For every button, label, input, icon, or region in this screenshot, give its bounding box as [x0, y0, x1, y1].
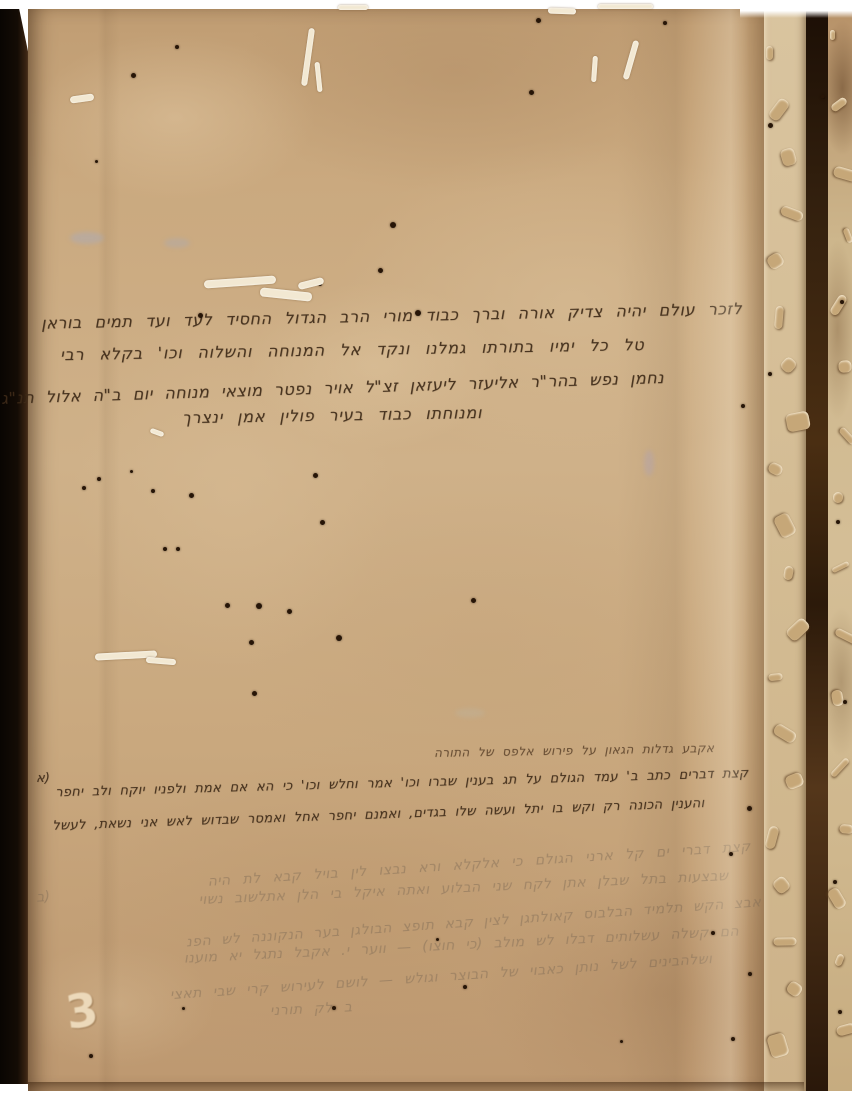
- wormhole: [287, 609, 292, 614]
- manuscript-line: קצת דברים כתב ב' עמד הגולם על תג בענין ש…: [55, 767, 749, 799]
- paper-smudge: [70, 232, 104, 244]
- manuscript-page: לזכר עולם יהיה צדיק אורה וברך כבוד מורי …: [28, 9, 764, 1091]
- manuscript-line: טל כל ימיו בתורתו גמלנו ונקד אל המנוחה ו…: [60, 337, 645, 363]
- wormhole: [82, 486, 86, 490]
- wormhole: [97, 477, 101, 481]
- wormhole: [768, 372, 772, 376]
- wormhole: [838, 1010, 842, 1014]
- marginal-mark: א): [36, 771, 50, 786]
- manuscript-line: והענין הכונה רק וקש בו יתל ועשה שלו בגדי…: [52, 797, 704, 833]
- wormhole: [471, 598, 476, 603]
- wormhole: [741, 404, 745, 408]
- wormhole: [131, 73, 136, 78]
- wormhole: [729, 852, 733, 856]
- wormhole: [95, 160, 98, 163]
- binding-hinge-strip: [764, 9, 806, 1091]
- wormhole: [332, 1006, 336, 1010]
- wormhole: [747, 806, 752, 811]
- scanner-frame-bottom: [0, 1091, 852, 1100]
- wormhole: [436, 938, 439, 941]
- wormhole: [225, 603, 230, 608]
- manuscript-line: ומנוחתו כבוד בעיר פולין אמן ינצרך: [182, 405, 482, 426]
- wormhole: [198, 313, 203, 318]
- scanned-page: לזכר עולם יהיה צדיק אורה וברך כבוד מורי …: [0, 0, 852, 1100]
- worm-trail: [839, 824, 852, 834]
- wormhole: [620, 1040, 623, 1043]
- scanner-frame-top-right: [740, 0, 852, 18]
- note-heading-line: אקבע גדלות הגאון על פירוש אלפס של התורה: [434, 742, 714, 759]
- wormhole: [390, 222, 396, 228]
- wormhole: [768, 123, 773, 128]
- wormhole: [378, 268, 383, 273]
- wormhole: [463, 985, 467, 989]
- wormhole: [189, 493, 194, 498]
- wormhole: [821, 95, 825, 99]
- wormhole: [252, 691, 257, 696]
- scanner-frame-top: [0, 0, 852, 9]
- wormhole: [313, 473, 318, 478]
- wormhole: [840, 300, 844, 304]
- wormhole: [833, 880, 837, 884]
- paper-smudge: [455, 708, 485, 718]
- wormhole: [175, 45, 179, 49]
- wormhole: [415, 310, 421, 316]
- manuscript-line: לזכר עולם יהיה צדיק אורה וברך כבוד מורי …: [41, 301, 742, 332]
- wormhole: [336, 635, 342, 641]
- wormhole: [182, 1007, 185, 1010]
- wormhole: [731, 1037, 735, 1041]
- wormhole: [536, 18, 541, 23]
- marginal-mark: ב): [36, 889, 50, 906]
- wormhole: [748, 972, 752, 976]
- wormhole: [249, 640, 254, 645]
- manuscript-line: ב לק תורני: [270, 1000, 353, 1018]
- paper-smudge: [644, 450, 654, 476]
- pencil-note-block: ב) קצת דברי ים קל ארני הגולם כי אלקלא ור…: [29, 835, 774, 1056]
- paper-damage-mark: [548, 8, 576, 15]
- manuscript-line: נחמן נפש בהר"ר אליעזר ליעזאן זצ"ל אויר נ…: [1, 370, 664, 407]
- wormhole: [663, 21, 667, 25]
- paper-damage-mark: [598, 4, 653, 9]
- wormhole: [320, 520, 325, 525]
- worm-trail: [766, 46, 773, 60]
- wormhole: [711, 931, 715, 935]
- page-bottom-shadow: [28, 1082, 804, 1091]
- wormhole: [163, 547, 167, 551]
- spine-gap-shadow: [806, 9, 828, 1091]
- paper-smudge: [164, 238, 190, 248]
- paper-damage-mark: [338, 5, 368, 10]
- wormhole: [130, 470, 133, 473]
- wormhole: [529, 90, 534, 95]
- wormhole: [843, 700, 847, 704]
- cover-edge-strip: [828, 0, 852, 1100]
- worm-trail: [773, 937, 796, 945]
- worm-trail: [838, 360, 852, 373]
- wormhole: [151, 489, 155, 493]
- wormhole: [89, 1054, 93, 1058]
- wormhole: [836, 520, 840, 524]
- worm-trail: [830, 30, 835, 40]
- wormhole: [256, 603, 262, 609]
- wormhole: [176, 547, 180, 551]
